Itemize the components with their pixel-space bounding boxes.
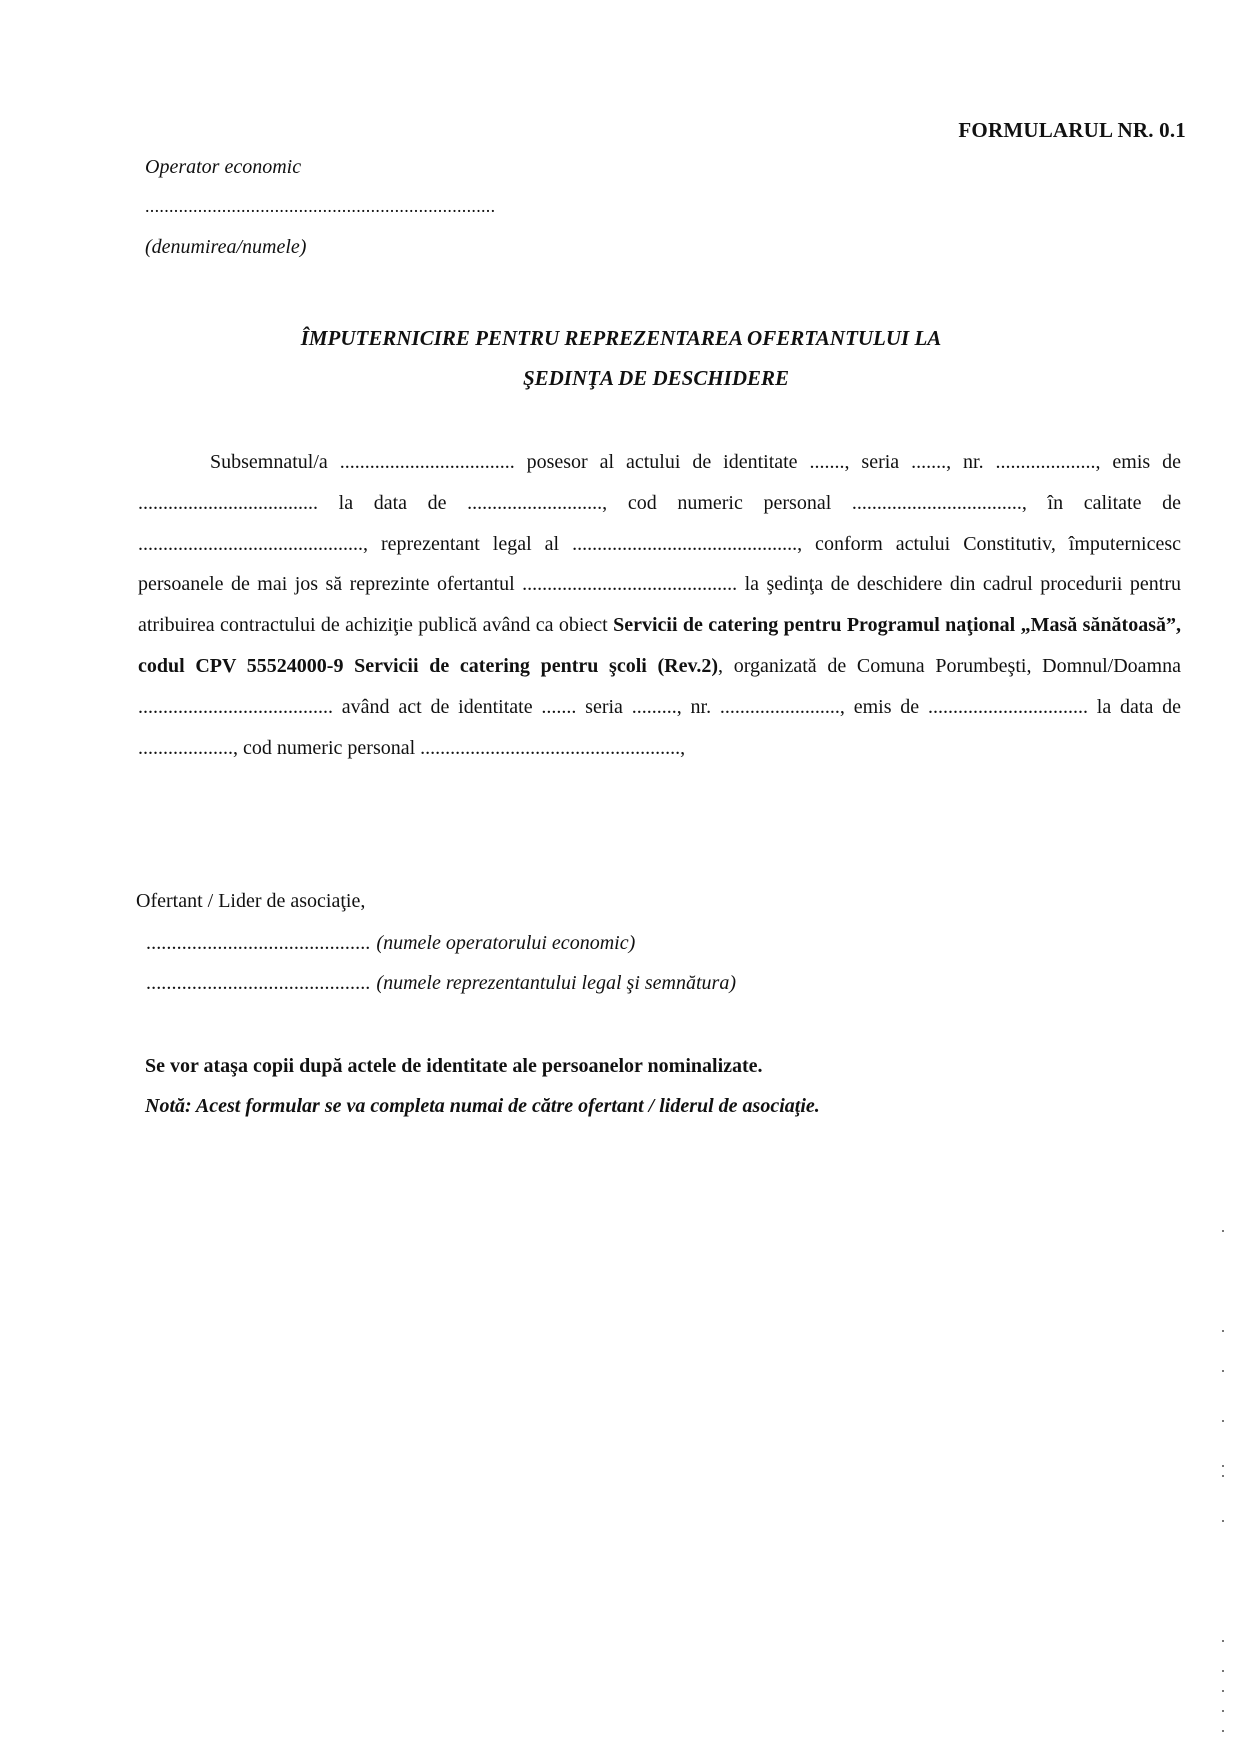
signature-blank: ........................................… bbox=[146, 972, 370, 994]
title-line-2: ŞEDINŢA DE DESCHIDERE bbox=[0, 358, 1242, 398]
form-number: FORMULARUL NR. 0.1 bbox=[958, 118, 1186, 143]
operator-name-blank: ........................................… bbox=[145, 196, 495, 217]
paragraph-part-1: Subsemnatul/a ..........................… bbox=[138, 451, 1181, 636]
scan-artifacts bbox=[1222, 1230, 1226, 1750]
signature-line-operator: ........................................… bbox=[146, 932, 635, 955]
operator-label: Operator economic bbox=[145, 156, 301, 179]
signer-label: Ofertant / Lider de asociaţie, bbox=[136, 890, 365, 913]
form-note: Notă: Acest formular se va completa numa… bbox=[145, 1095, 820, 1118]
attachment-note: Se vor ataşa copii după actele de identi… bbox=[145, 1055, 763, 1078]
document-title: ÎMPUTERNICIRE PENTRU REPREZENTAREA OFERT… bbox=[0, 318, 1242, 398]
signature-blank: ........................................… bbox=[146, 932, 370, 954]
authorization-paragraph: Subsemnatul/a ..........................… bbox=[138, 442, 1181, 768]
title-line-1: ÎMPUTERNICIRE PENTRU REPREZENTAREA OFERT… bbox=[301, 326, 942, 350]
signature-hint: (numele operatorului economic) bbox=[376, 932, 635, 954]
signature-line-representative: ........................................… bbox=[146, 972, 736, 995]
operator-name-hint: (denumirea/numele) bbox=[145, 236, 306, 259]
signature-hint: (numele reprezentantului legal şi semnăt… bbox=[376, 972, 736, 994]
